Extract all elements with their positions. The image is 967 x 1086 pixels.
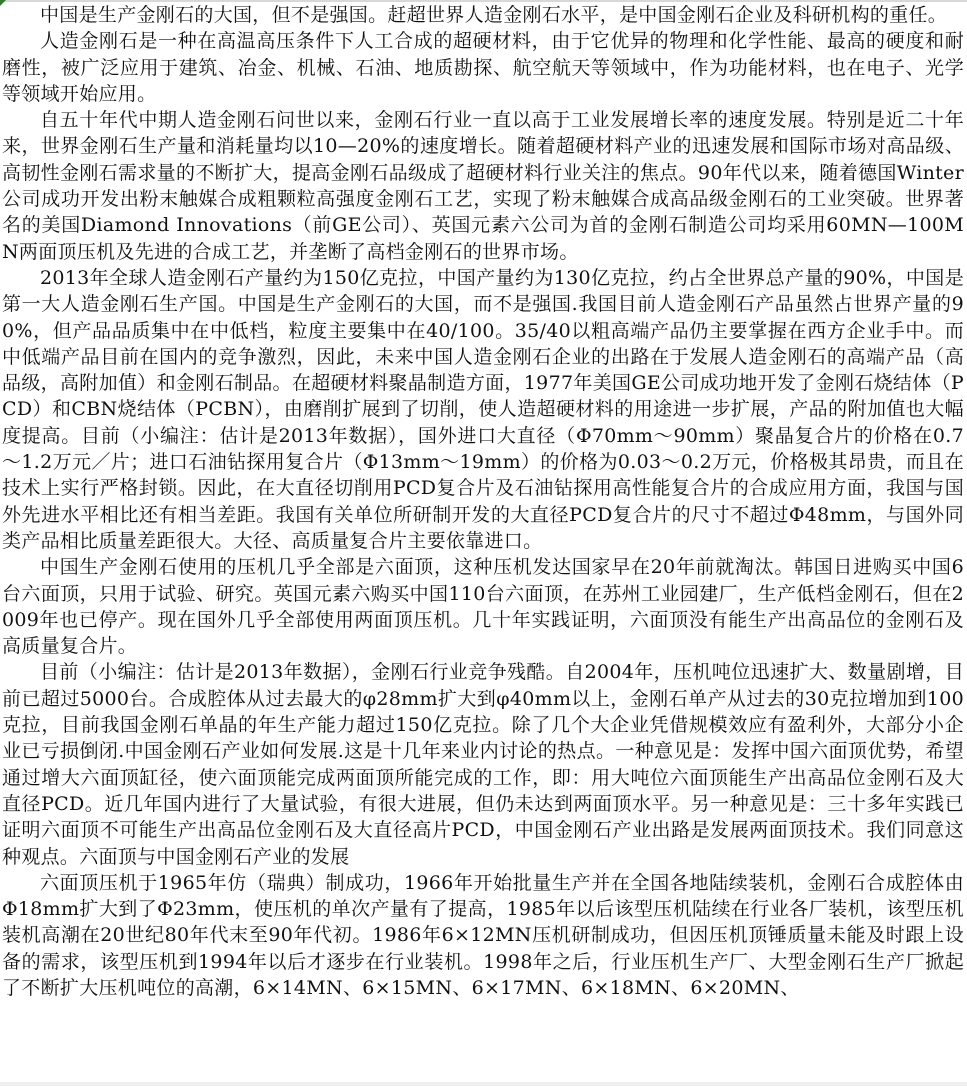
paragraph-definition: 人造金刚石是一种在高温高压条件下人工合成的超硬材料，由于它优异的物理和化学性能、… (2, 28, 964, 107)
paragraph-cubic-press-history: 六面顶压机于1965年仿（瑞典）制成功，1966年开始批量生产并在全国各地陆续装… (2, 870, 964, 1001)
bottom-edge (0, 1082, 967, 1086)
paragraph-competition: 目前（小编注：估计是2013年数据），金刚石行业竞争残酷。自2004年，压机吨位… (2, 659, 964, 869)
paragraph-history: 自五十年代中期人造金刚石问世以来，金刚石行业一直以高于工业发展增长率的速度发展。… (2, 107, 964, 265)
article-body: 中国是生产金刚石的大国，但不是强国。赶超世界人造金刚石水平，是中国金刚石企业及科… (2, 2, 964, 1001)
paragraph-production-2013: 2013年全球人造金刚石产量约为150亿克拉，中国产量约为130亿克拉，约占全世… (2, 265, 964, 554)
paragraph-presses: 中国生产金刚石使用的压机几乎全部是六面顶，这种压机发达国家早在20年前就淘汰。韩… (2, 554, 964, 659)
paragraph-intro: 中国是生产金刚石的大国，但不是强国。赶超世界人造金刚石水平，是中国金刚石企业及科… (2, 2, 964, 28)
